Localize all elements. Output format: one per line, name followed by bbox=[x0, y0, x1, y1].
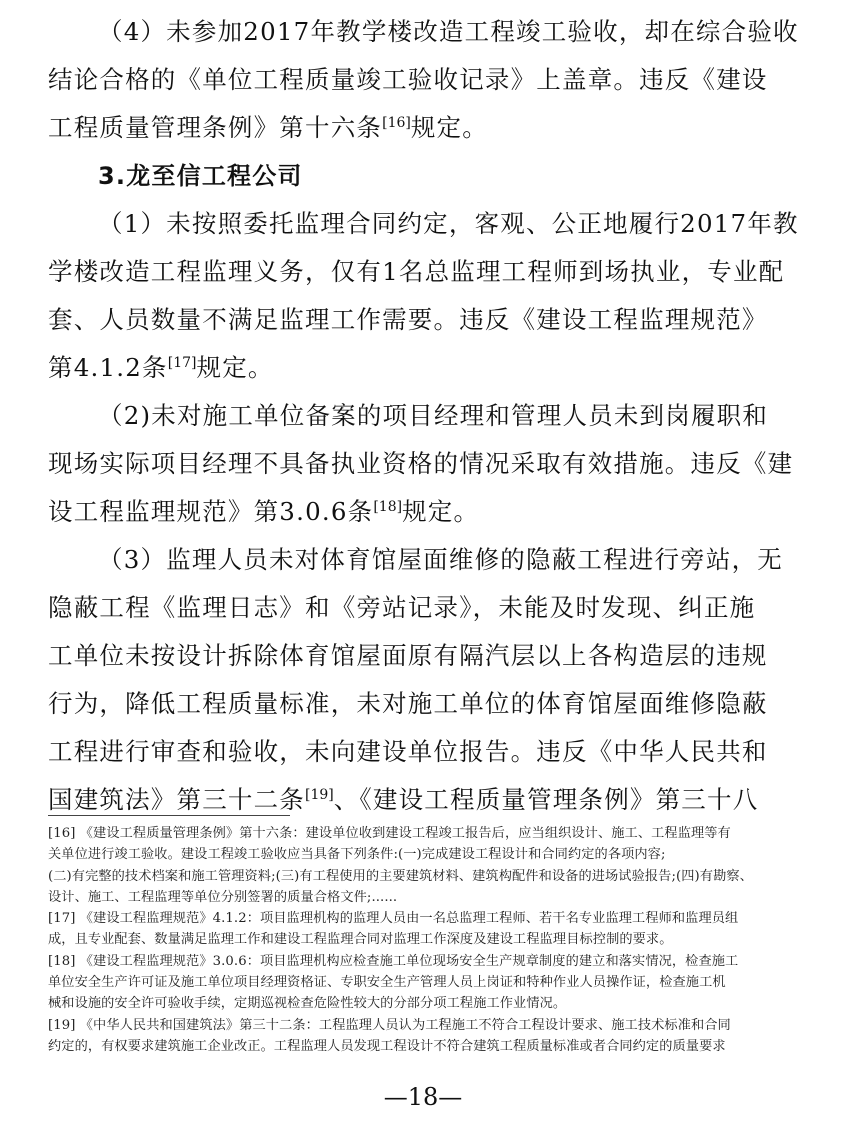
text-line: 工程质量管理条例》第十六条[16]规定。 bbox=[48, 104, 776, 152]
paragraph-item-3: （3）监理人员未对体育馆屋面维修的隐蔽工程进行旁站，无 隐蔽工程《监理日志》和《… bbox=[48, 536, 776, 824]
footnote-16-line: 关单位进行竣工验收。建设工程竣工验收应当具备下列条件:(一)完成建设工程设计和合… bbox=[48, 844, 788, 865]
footnote-16-line: (二)有完整的技术档案和施工管理资料;(三)有工程使用的主要建筑材料、建筑构配件… bbox=[48, 866, 788, 887]
paragraph-item-2: （2)未对施工单位备案的项目经理和管理人员未到岗履职和 现场实际项目经理不具备执… bbox=[48, 392, 776, 536]
text-line: 学楼改造工程监理义务，仅有1名总监理工程师到场执业，专业配 bbox=[48, 248, 776, 296]
page-number: —18— bbox=[0, 1082, 846, 1112]
footnote-ref-19[interactable]: [19] bbox=[305, 787, 334, 803]
text-line: 工单位未按设计拆除体育馆屋面原有隔汽层以上各构造层的违规 bbox=[48, 632, 776, 680]
footnote-16-line: [16] 《建设工程质量管理条例》第十六条：建设单位收到建设工程竣工报告后，应当… bbox=[48, 823, 788, 844]
footnote-ref-17[interactable]: [17] bbox=[168, 355, 197, 371]
text-line: 工程进行审查和验收，未向建设单位报告。违反《中华人民共和 bbox=[48, 728, 776, 776]
text-line: 套、人员数量不满足监理工作需要。违反《建设工程监理规范》 bbox=[48, 296, 776, 344]
footnote-ref-16[interactable]: [16] bbox=[382, 115, 411, 131]
body-text: （4）未参加2017年教学楼改造工程竣工验收，却在综合验收 结论合格的《单位工程… bbox=[48, 8, 776, 824]
footnote-19-line: [19] 《中华人民共和国建筑法》第三十二条：工程监理人员认为工程施工不符合工程… bbox=[48, 1015, 788, 1036]
text-line: 现场实际项目经理不具备执业资格的情况采取有效措施。违反《建 bbox=[48, 440, 776, 488]
paragraph-item-4: （4）未参加2017年教学楼改造工程竣工验收，却在综合验收 结论合格的《单位工程… bbox=[48, 8, 776, 152]
text-line: （2)未对施工单位备案的项目经理和管理人员未到岗履职和 bbox=[48, 392, 776, 440]
section-heading: 3.龙至信工程公司 bbox=[48, 152, 776, 200]
text-line: （4）未参加2017年教学楼改造工程竣工验收，却在综合验收 bbox=[48, 8, 776, 56]
footnote-16-line: 设计、施工、工程监理等单位分别签署的质量合格文件;...... bbox=[48, 887, 788, 908]
footnote-18-line: [18] 《建设工程监理规范》3.0.6：项目监理机构应检查施工单位现场安全生产… bbox=[48, 951, 788, 972]
paragraph-item-1: （1）未按照委托监理合同约定，客观、公正地履行2017年教 学楼改造工程监理义务… bbox=[48, 200, 776, 392]
footnotes: [16] 《建设工程质量管理条例》第十六条：建设单位收到建设工程竣工报告后，应当… bbox=[48, 823, 788, 1057]
footnote-17-line: [17] 《建设工程监理规范》4.1.2：项目监理机构的监理人员由一名总监理工程… bbox=[48, 908, 788, 929]
text-line: （1）未按照委托监理合同约定，客观、公正地履行2017年教 bbox=[48, 200, 776, 248]
text-line: 隐蔽工程《监理日志》和《旁站记录》，未能及时发现、纠正施 bbox=[48, 584, 776, 632]
footnote-separator bbox=[48, 815, 290, 816]
footnote-17-line: 成，且专业配套、数量满足监理工作和建设工程监理合同对监理工作深度及建设工程监理目… bbox=[48, 929, 788, 950]
text-line: 行为，降低工程质量标准，未对施工单位的体育馆屋面维修隐蔽 bbox=[48, 680, 776, 728]
text-line: 第4.1.2条[17]规定。 bbox=[48, 344, 776, 392]
document-page: （4）未参加2017年教学楼改造工程竣工验收，却在综合验收 结论合格的《单位工程… bbox=[0, 0, 846, 1124]
text-line: （3）监理人员未对体育馆屋面维修的隐蔽工程进行旁站，无 bbox=[48, 536, 776, 584]
footnote-18-line: 械和设施的安全许可验收手续，定期巡视检查危险性较大的分部分项工程施工作业情况。 bbox=[48, 993, 788, 1014]
text-line: 国建筑法》第三十二条[19]、《建设工程质量管理条例》第三十八 bbox=[48, 776, 776, 824]
footnote-18-line: 单位安全生产许可证及施工单位项目经理资格证、专职安全生产管理人员上岗证和特种作业… bbox=[48, 972, 788, 993]
footnote-19-line: 约定的，有权要求建筑施工企业改正。工程监理人员发现工程设计不符合建筑工程质量标准… bbox=[48, 1036, 788, 1057]
text-line: 设工程监理规范》第3.0.6条[18]规定。 bbox=[48, 488, 776, 536]
footnote-ref-18[interactable]: [18] bbox=[373, 499, 402, 515]
text-line: 结论合格的《单位工程质量竣工验收记录》上盖章。违反《建设 bbox=[48, 56, 776, 104]
